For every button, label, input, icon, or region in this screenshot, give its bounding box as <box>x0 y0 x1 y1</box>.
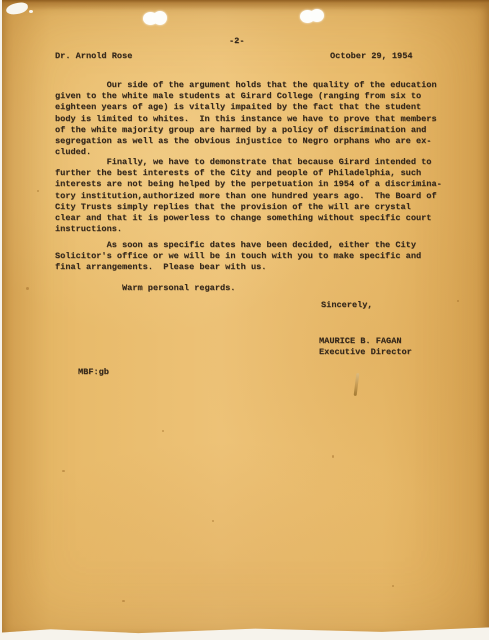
paper-top-shadow <box>2 0 489 10</box>
paper-speck <box>162 430 164 432</box>
page-number: -2- <box>229 36 244 47</box>
sender-name: MAURICE B. FAGAN <box>319 336 402 347</box>
paper-speck <box>212 520 214 522</box>
paper-sheet: -2- Dr. Arnold Rose October 29, 1954 Our… <box>2 0 489 635</box>
paragraph-3: As soon as specific dates have been deci… <box>55 240 421 274</box>
paper-speck <box>62 470 65 472</box>
sender-title: Executive Director <box>319 347 412 358</box>
paper-speck <box>26 287 29 290</box>
paper-speck <box>332 455 334 458</box>
paper-speck <box>432 120 434 122</box>
typist-initials: MBF:gb <box>78 367 109 378</box>
paragraph-1: Our side of the argument holds that the … <box>55 80 437 158</box>
paper-speck <box>37 190 39 192</box>
paper-speck <box>457 300 459 302</box>
scanned-letter-page: -2- Dr. Arnold Rose October 29, 1954 Our… <box>0 0 489 640</box>
hole-punch-mark <box>310 9 324 22</box>
signoff: Sincerely, <box>321 300 373 311</box>
corner-tear <box>29 10 33 13</box>
recipient-name: Dr. Arnold Rose <box>55 51 132 62</box>
scratch-mark <box>354 373 360 396</box>
paper-speck <box>122 600 125 602</box>
paragraph-2: Finally, we have to demonstrate that bec… <box>55 157 442 235</box>
paper-speck <box>392 585 394 587</box>
closing-line: Warm personal regards. <box>122 283 235 294</box>
date-line: October 29, 1954 <box>330 51 413 62</box>
hole-punch-mark <box>153 11 167 25</box>
